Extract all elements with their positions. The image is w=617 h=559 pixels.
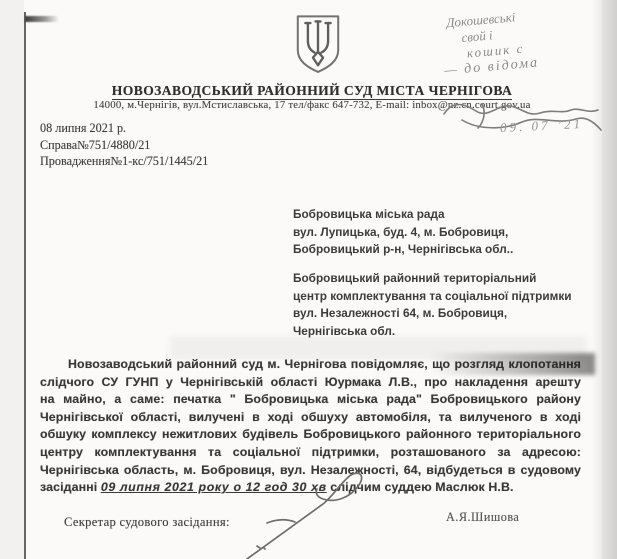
body-line: Чернігівської області, вилучені в ході о…	[40, 409, 581, 427]
scanned-court-letter: Докошевські свой і кошик с — до відома Н…	[0, 0, 617, 559]
recipient-line: Бобровицький р-н, Чернігівська обл..	[293, 241, 573, 259]
proceeding-number: Провадження№1-кс/751/1445/21	[40, 153, 208, 170]
body-line: обшуку комплексу нежитлових будівель Боб…	[40, 426, 581, 444]
case-number: Справа№751/4880/21	[40, 137, 208, 154]
ukraine-trident-icon	[286, 13, 350, 77]
case-meta-block: 08 липня 2021 р. Справа№751/4880/21 Пров…	[40, 120, 208, 170]
secretary-signature-scribble	[233, 468, 438, 559]
recipient-territorial-center: Бобровицький районний територіальний цен…	[293, 270, 573, 340]
body-last-line-pre: засіданні	[40, 480, 101, 494]
scan-right-shadow	[591, 0, 617, 559]
body-line: на майно, а саме: печатка " Бобровицька …	[40, 391, 581, 409]
recipient-line: вул. Лупицька, буд. 4, м. Бобровиця,	[293, 224, 573, 242]
recipient-line: центр комплектування та соціальної підтр…	[293, 288, 573, 306]
body-line: слідчого СУ ГУНП у Чернігівській області…	[40, 374, 581, 392]
recipient-line: вул. Незалежності 64, м. Бобровиця,	[293, 305, 573, 323]
recipient-line: Бобровицька міська рада	[293, 206, 573, 224]
secretary-label: Секретар судового засідання:	[64, 515, 230, 530]
scan-corner-smudge	[25, 16, 59, 22]
body-line: центру комплектування та соціальної підт…	[40, 444, 581, 462]
recipient-city-council: Бобровицька міська рада вул. Лупицька, б…	[293, 206, 573, 259]
secretary-name: А.Я.Шишова	[446, 510, 519, 525]
recipient-line: Бобровицький районний територіальний	[293, 270, 573, 288]
document-date: 08 липня 2021 р.	[40, 120, 208, 137]
scan-dark-smudge	[430, 353, 595, 375]
